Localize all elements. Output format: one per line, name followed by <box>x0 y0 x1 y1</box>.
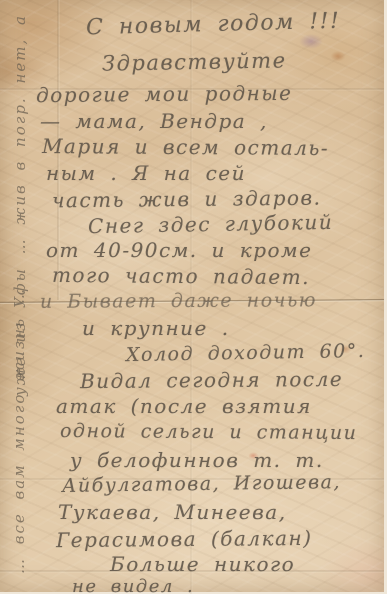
handwriting-line-creased: и Бывает даже ночью <box>40 289 317 312</box>
handwriting-line: Больше никого <box>110 552 295 576</box>
handwriting-line: того часто падает. <box>52 263 310 289</box>
handwriting-line: С новым годом !!! <box>86 9 341 41</box>
letter-paper: С новым годом !!! Здравствуйте дорогие м… <box>0 0 384 592</box>
handwriting-line: от 40-90см. и кроме <box>46 238 312 262</box>
handwriting-line: не видел . <box>72 576 194 594</box>
handwriting-line: и крупние . <box>82 316 230 340</box>
handwriting-line: Снег здес глубокий <box>88 210 334 238</box>
handwriting-line: Здравствуйте <box>102 48 287 75</box>
handwriting-line: — мама, Вендра , <box>40 109 268 133</box>
handwriting-line: Герасимова (балкан) <box>56 526 313 552</box>
handwriting-line: Айбулгатова, Игошева, <box>62 471 341 497</box>
handwriting-line: ным . Я на сей <box>46 161 246 185</box>
handwriting-line: у белофиннов т. т. <box>70 448 324 472</box>
handwriting-line: Видал сегодня после <box>80 367 343 393</box>
scanned-letter: С новым годом !!! Здравствуйте дорогие м… <box>0 0 387 594</box>
handwriting-line: одной сельги и станции <box>60 420 358 444</box>
handwriting-line: часть жив и здаров. <box>52 186 322 213</box>
handwriting-line: Тукаева, Минеева, <box>58 500 287 524</box>
handwriting-line: Мария и всем осталь- <box>42 134 329 160</box>
handwriting-line: атак (после взятия <box>56 394 312 418</box>
handwriting-line: дорогие мои родные <box>36 81 293 107</box>
margin-note-vertical: … все вам много жизнь … <box>10 384 28 574</box>
handwriting-line: Холод доходит 60°. <box>126 340 366 366</box>
